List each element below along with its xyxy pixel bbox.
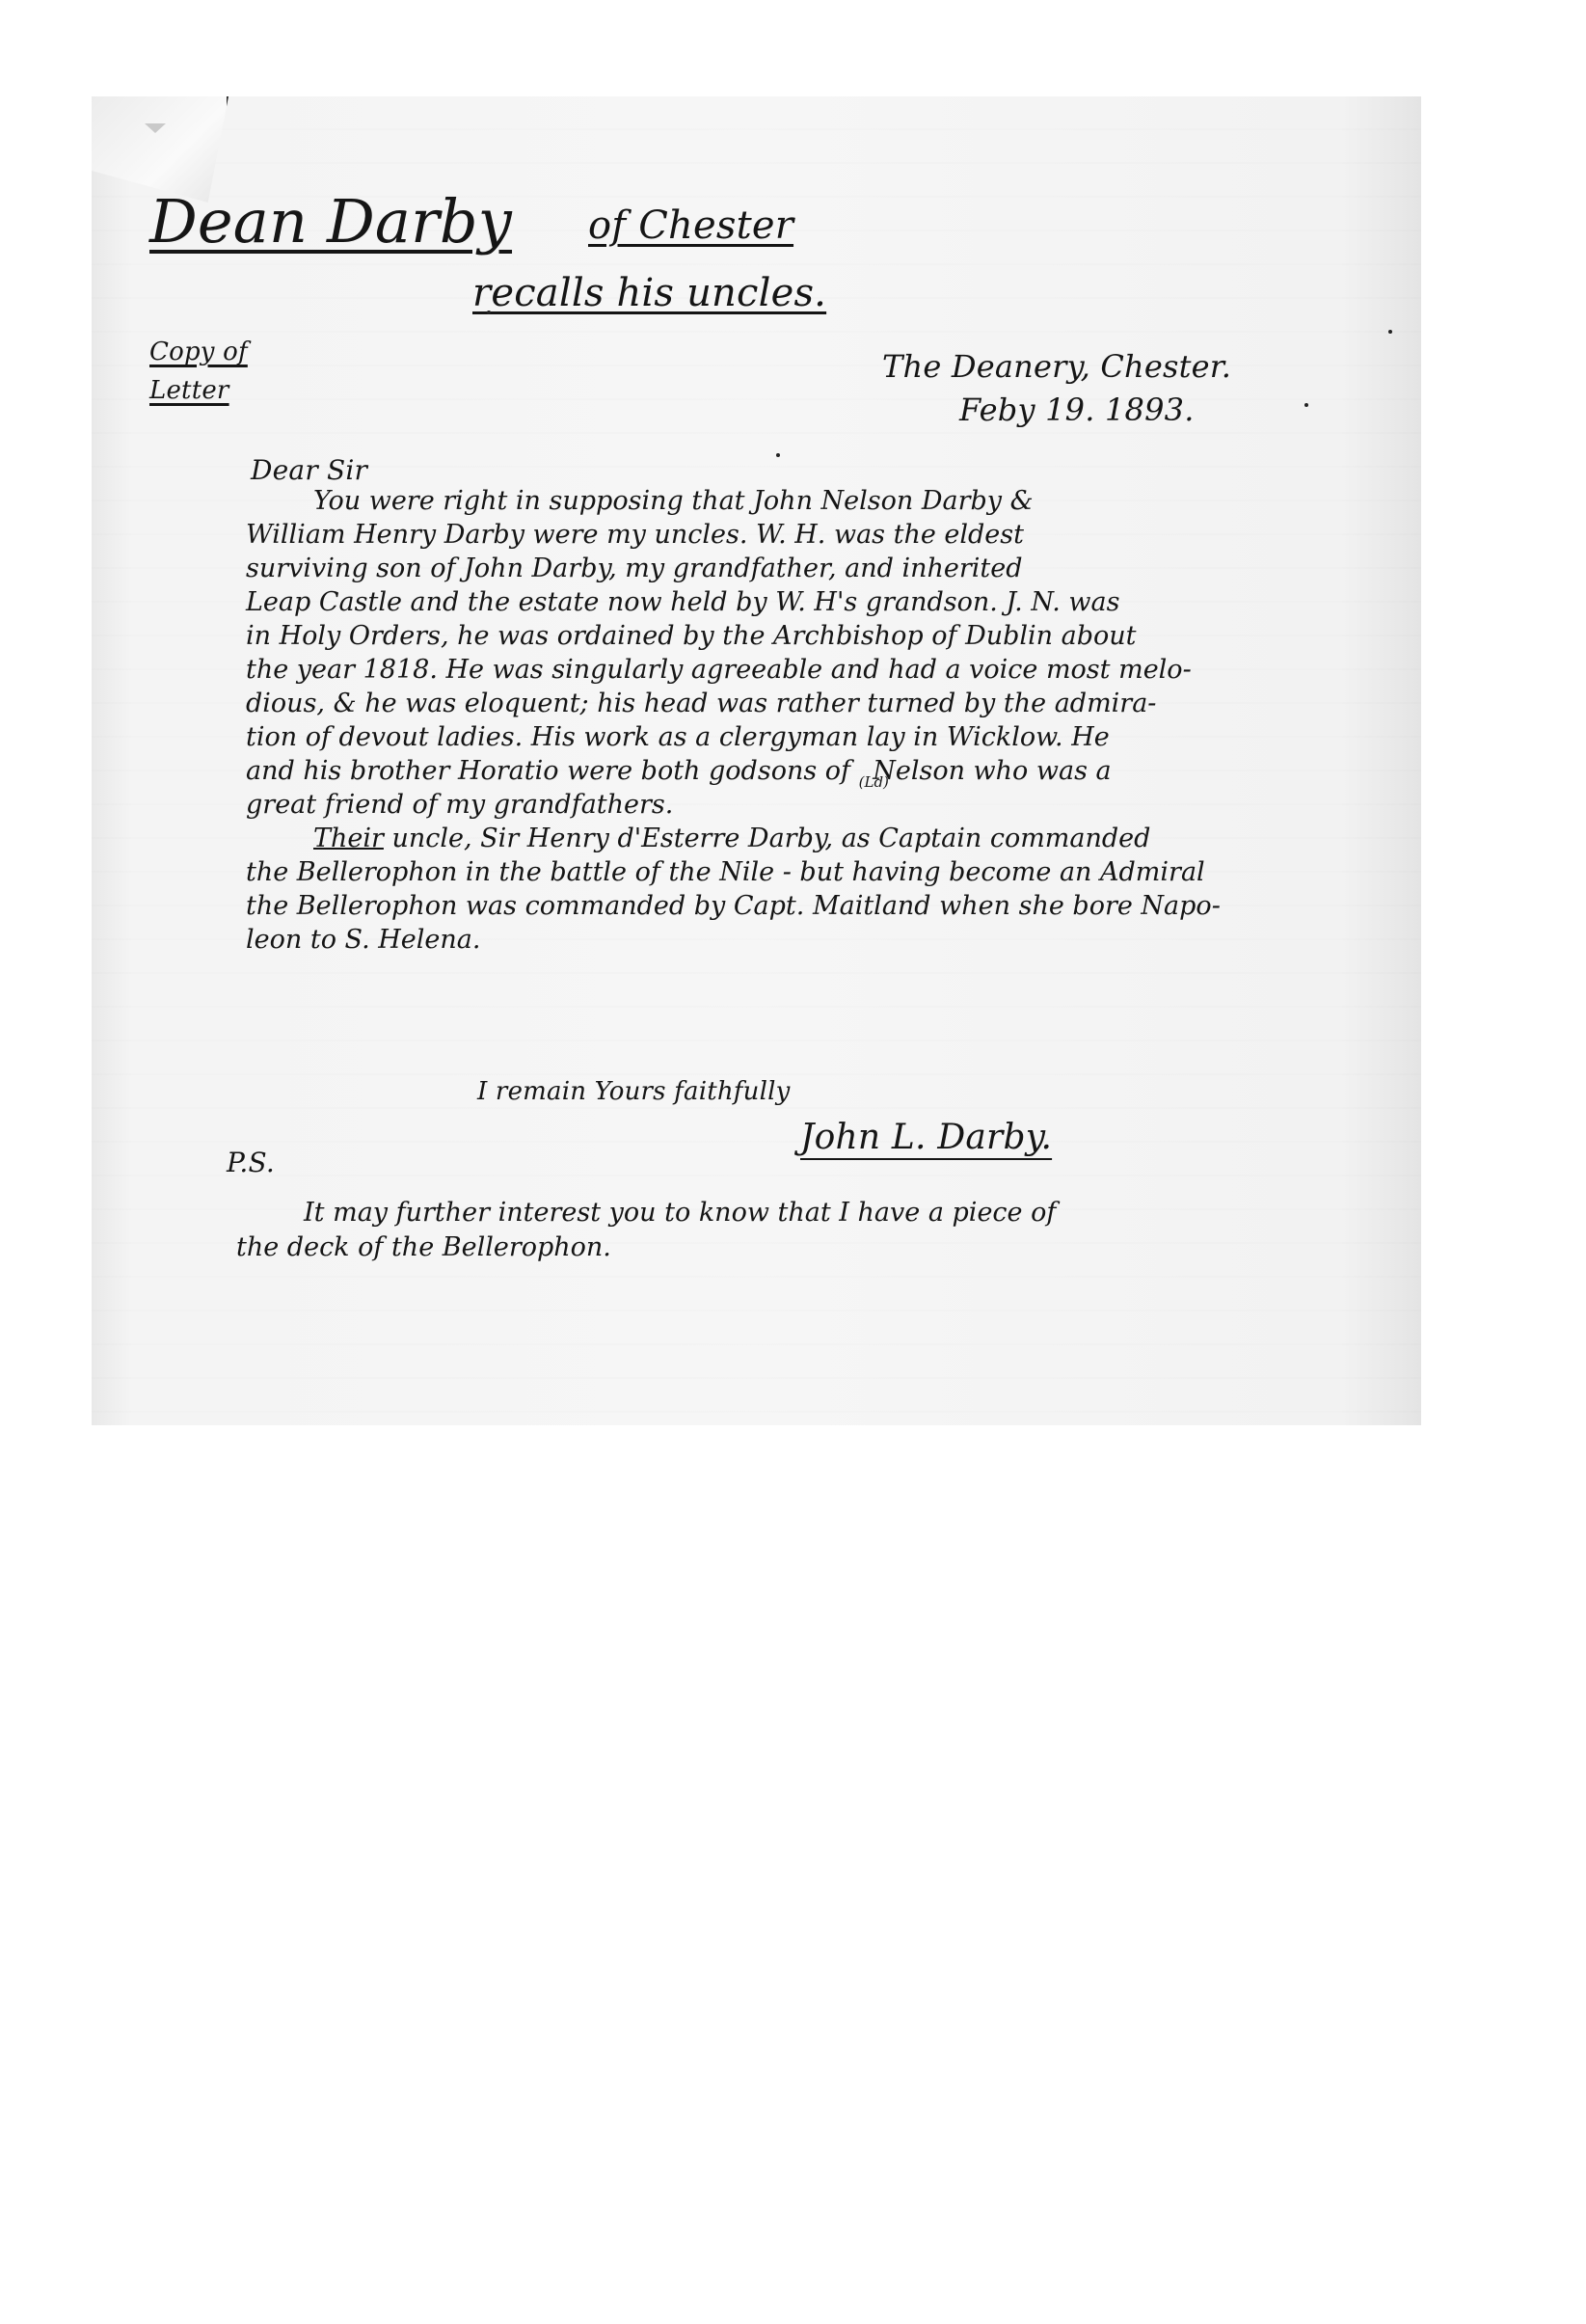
fold-mark: [145, 123, 166, 133]
document-title-place: of Chester: [588, 203, 793, 249]
body-line: Leap Castle and the estate now held by W…: [246, 585, 1384, 619]
body-line: in Holy Orders, he was ordained by the A…: [246, 619, 1384, 653]
body-line: leon to S. Helena.: [246, 923, 1384, 957]
signature: John L. Darby.: [800, 1117, 1052, 1159]
body-line-part: Nelson who was a: [873, 756, 1111, 786]
folded-corner: [92, 96, 228, 203]
body-line-with-insertion: and his brother Horatio were both godson…: [246, 754, 1384, 788]
letter-body: You were right in supposing that John Ne…: [246, 484, 1384, 957]
postscript-line: It may further interest you to know that…: [236, 1196, 1056, 1230]
copy-label-line-1: Copy of: [149, 333, 248, 371]
underlined-word: Their: [313, 824, 384, 853]
body-line-part: and his brother Horatio were both godson…: [246, 756, 850, 786]
sender-address: The Deanery, Chester.: [882, 347, 1231, 386]
body-line-part: uncle, Sir Henry d'Esterre Darby, as Cap…: [384, 824, 1151, 853]
document-subtitle: recalls his uncles.: [472, 270, 826, 316]
ink-speck: [776, 453, 780, 457]
body-line: dious, & he was eloquent; his head was r…: [246, 687, 1384, 720]
salutation: Dear Sir: [251, 453, 367, 488]
body-line: tion of devout ladies. His work as a cle…: [246, 720, 1384, 754]
postscript: It may further interest you to know that…: [236, 1196, 1056, 1265]
body-line: You were right in supposing that John Ne…: [246, 484, 1384, 518]
body-line: the year 1818. He was singularly agreeab…: [246, 653, 1384, 687]
body-line-paragraph-start: Their uncle, Sir Henry d'Esterre Darby, …: [246, 822, 1384, 855]
ink-speck: [1388, 330, 1392, 334]
closing: I remain Yours faithfully: [477, 1075, 791, 1108]
body-line: the Bellerophon in the battle of the Nil…: [246, 855, 1384, 889]
letter-paper: Dean Darby of Chester recalls his uncles…: [92, 96, 1421, 1425]
body-line: great friend of my grandfathers.: [246, 788, 1384, 822]
body-line: surviving son of John Darby, my grandfat…: [246, 552, 1384, 585]
ink-speck: [487, 311, 491, 314]
copy-label-line-2: Letter: [149, 371, 248, 410]
copy-of-letter-label: Copy of Letter: [149, 333, 248, 410]
ink-speck: [1304, 403, 1308, 407]
body-line: the Bellerophon was commanded by Capt. M…: [246, 889, 1384, 923]
letter-date: Feby 19. 1893.: [959, 391, 1195, 429]
ps-label: P.S.: [227, 1146, 275, 1180]
postscript-line: the deck of the Bellerophon.: [236, 1230, 1056, 1265]
body-line: William Henry Darby were my uncles. W. H…: [246, 518, 1384, 552]
